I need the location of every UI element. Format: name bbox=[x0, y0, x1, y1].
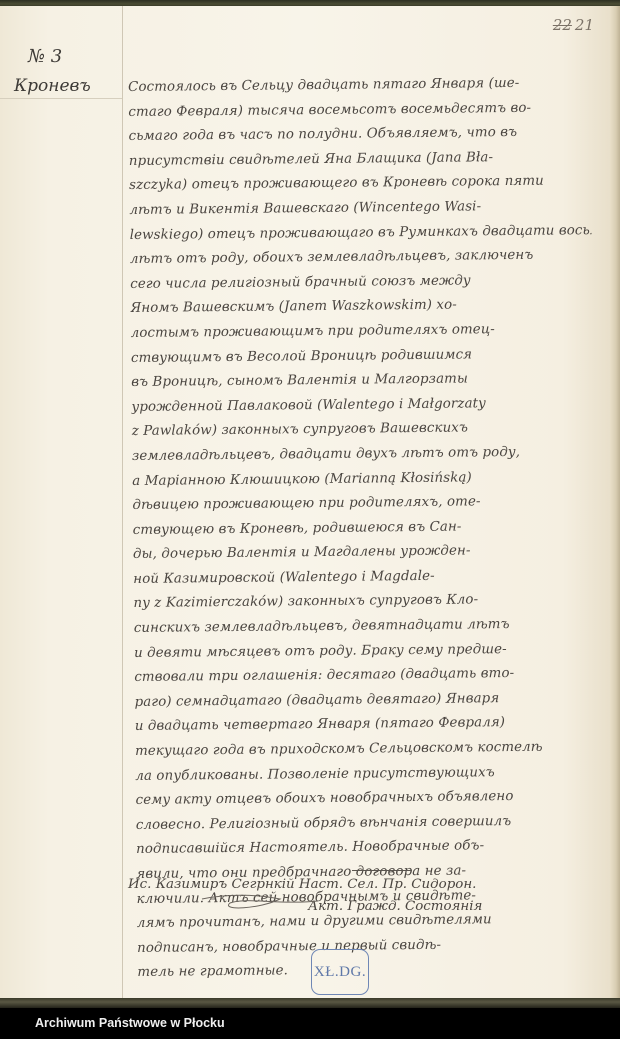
text-line: текущаго года въ приходскомъ Сельцовском… bbox=[135, 735, 597, 764]
folio-number: 2221 bbox=[553, 16, 594, 34]
book-binding-bottom bbox=[0, 998, 620, 1008]
marriage-record-text: Состоялось въ Сельцу двадцать пятаго Янв… bbox=[128, 71, 600, 986]
signature-block: Ис. Казимиръ Сегрнкій Наст. Сел. Пр. Сид… bbox=[128, 874, 598, 918]
text-line: лѣтъ отъ роду, обоихъ землевладѣльцевъ, … bbox=[130, 243, 592, 272]
priest-signature: Ис. Казимиръ Сегрнкій Наст. Сел. Пр. Сид… bbox=[128, 874, 598, 896]
signature-flourish-icon bbox=[200, 891, 320, 911]
text-line: szczyka) отецъ проживающего въ Кроневѣ с… bbox=[129, 170, 591, 199]
margin-rule-line bbox=[122, 6, 123, 1000]
folio-current-number: 21 bbox=[575, 16, 594, 34]
register-page: 2221 № 3 Кроневъ Состоялось въ Сельцу дв… bbox=[0, 6, 612, 1000]
text-line: стаго Февраля) тысяча восемьсотъ восемьд… bbox=[128, 96, 590, 125]
page-edge bbox=[610, 6, 620, 1000]
end-of-text-dash bbox=[352, 870, 412, 871]
margin-underline bbox=[0, 98, 122, 99]
entry-number: № 3 bbox=[28, 46, 62, 67]
entry-place-name: Кроневъ bbox=[14, 76, 91, 96]
footer-bar: Archiwum Państwowe w Płocku bbox=[0, 1008, 620, 1039]
civil-registrar-signature: Акт. Гражд. Состоянія bbox=[128, 896, 598, 918]
archive-name-label: Archiwum Państwowe w Płocku bbox=[35, 1016, 225, 1030]
archive-stamp: XŁ.DG. bbox=[311, 949, 369, 995]
folio-struck-number: 22 bbox=[553, 16, 572, 34]
